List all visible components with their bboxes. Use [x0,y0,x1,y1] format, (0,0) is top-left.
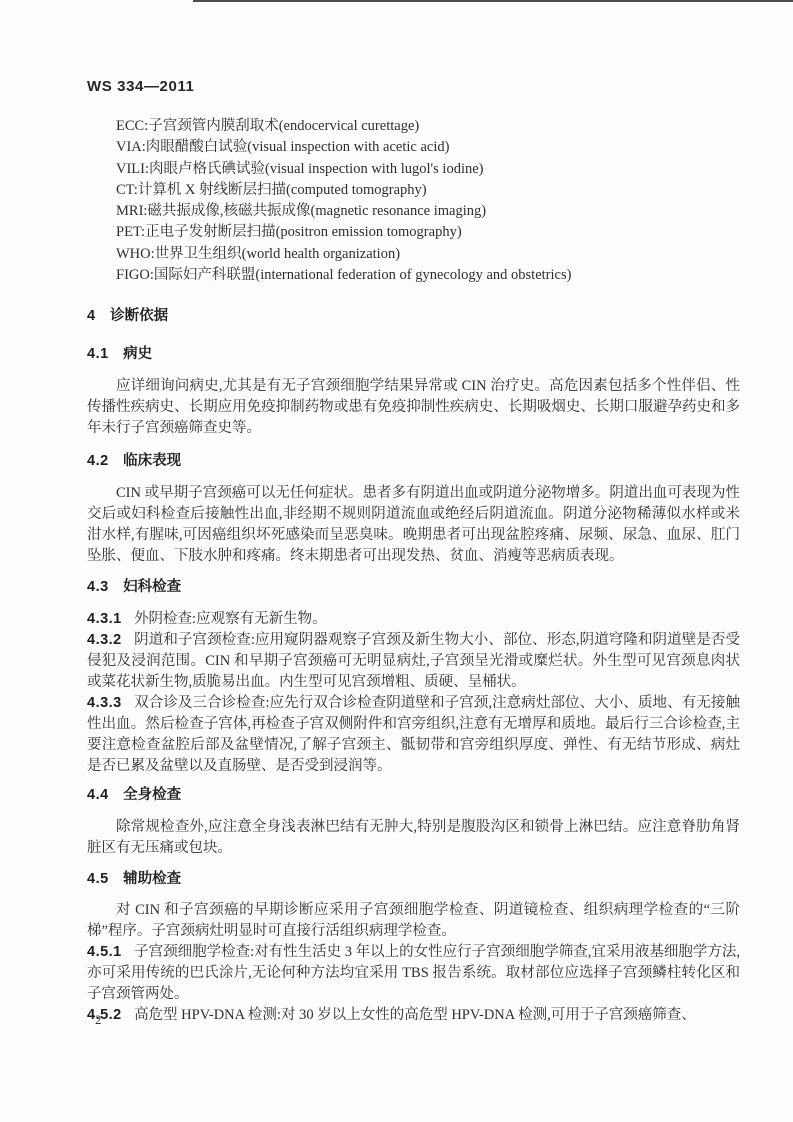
clause-4-3-1-number: 4.3.1 [87,611,122,627]
clause-4-5-1-number: 4.5.1 [87,944,122,960]
abbreviation-item-ct: CT:计算机 X 射线断层扫描(computed tomography) [116,180,740,201]
section-4-heading: 4诊断依据 [87,306,740,327]
clause-4-3-1: 4.3.1外阴检查:应观察有无新生物。 [87,609,740,630]
page-number: 2 [95,1012,102,1028]
abbreviation-list: ECC:子宫颈管内膜刮取术(endocervical curettage) VI… [87,116,740,286]
clause-4-3-3-number: 4.3.3 [87,695,122,711]
clause-4-3-2-number: 4.3.2 [87,632,122,648]
section-4-5-number: 4.5 [87,871,109,887]
section-4-4-heading: 4.4全身检查 [87,785,740,806]
section-4-number: 4 [87,308,96,324]
clause-4-3-3-text: 双合诊及三合诊检查:应先行双合诊检查阴道壁和子宫颈,注意病灶部位、大小、质地、有… [87,695,740,774]
scan-edge-artifact [193,0,793,2]
abbreviation-item-pet: PET:正电子发射断层扫描(positron emission tomograp… [116,222,740,243]
section-4-5-title: 辅助检查 [123,871,181,887]
clause-4-5-2-text: 高危型 HPV-DNA 检测:对 30 岁以上女性的高危型 HPV-DNA 检测… [134,1007,696,1023]
page-content: WS 334—2011 ECC:子宫颈管内膜刮取术(endocervical c… [87,76,740,1026]
clause-4-5-2-number: 4.5.2 [87,1007,122,1023]
clause-4-3-1-text: 外阴检查:应观察有无新生物。 [134,611,327,627]
abbreviation-item-vili: VILI:肉眼卢格氏碘试验(visual inspection with lug… [116,159,740,180]
clause-4-5-1: 4.5.1子宫颈细胞学检查:对有性生活史 3 年以上的女性应行子宫颈细胞学筛查,… [87,942,740,1005]
section-4-4-number: 4.4 [87,787,109,803]
standard-code-header: WS 334—2011 [87,76,740,97]
clause-4-5-2: 4.5.2高危型 HPV-DNA 检测:对 30 岁以上女性的高危型 HPV-D… [87,1005,740,1026]
section-4-title: 诊断依据 [110,308,168,324]
abbreviation-item-ecc: ECC:子宫颈管内膜刮取术(endocervical curettage) [116,116,740,137]
abbreviation-item-who: WHO:世界卫生组织(world health organization) [116,244,740,265]
abbreviation-item-via: VIA:肉眼醋酸白试验(visual inspection with aceti… [116,137,740,158]
clause-4-3-3: 4.3.3双合诊及三合诊检查:应先行双合诊检查阴道壁和子宫颈,注意病灶部位、大小… [87,693,740,777]
section-4-4-paragraph: 除常规检查外,应注意全身浅表淋巴结有无肿大,特别是腹股沟区和锁骨上淋巴结。应注意… [87,817,740,859]
abbreviation-item-figo: FIGO:国际妇产科联盟(international federation of… [116,265,740,286]
clause-4-5-1-text: 子宫颈细胞学检查:对有性生活史 3 年以上的女性应行子宫颈细胞学筛查,宜采用液基… [87,944,740,1002]
section-4-3-number: 4.3 [87,579,109,595]
document-page: WS 334—2011 ECC:子宫颈管内膜刮取术(endocervical c… [0,0,793,1122]
section-4-1-title: 病史 [123,346,152,362]
section-4-2-heading: 4.2临床表现 [87,451,740,472]
section-4-4-title: 全身检查 [123,787,181,803]
section-4-2-number: 4.2 [87,453,109,469]
section-4-2-title: 临床表现 [123,453,181,469]
section-4-1-number: 4.1 [87,346,109,362]
clause-4-3-2-text: 阴道和子宫颈检查:应用窥阴器观察子宫颈及新生物大小、部位、形态,阴道穹隆和阴道壁… [87,632,740,690]
abbreviation-item-mri: MRI:磁共振成像,核磁共振成像(magnetic resonance imag… [116,201,740,222]
section-4-3-heading: 4.3妇科检查 [87,577,740,598]
section-4-1-paragraph: 应详细询问病史,尤其是有无子宫颈细胞学结果异常或 CIN 治疗史。高危因素包括多… [87,376,740,439]
section-4-5-intro-paragraph: 对 CIN 和子宫颈癌的早期诊断应采用子宫颈细胞学检查、阴道镜检查、组织病理学检… [87,900,740,942]
section-4-5-heading: 4.5辅助检查 [87,869,740,890]
section-4-2-paragraph: CIN 或早期子宫颈癌可以无任何症状。患者多有阴道出血或阴道分泌物增多。阴道出血… [87,483,740,567]
section-4-1-heading: 4.1病史 [87,344,740,365]
clause-4-3-2: 4.3.2阴道和子宫颈检查:应用窥阴器观察子宫颈及新生物大小、部位、形态,阴道穹… [87,630,740,693]
section-4-3-title: 妇科检查 [123,579,181,595]
